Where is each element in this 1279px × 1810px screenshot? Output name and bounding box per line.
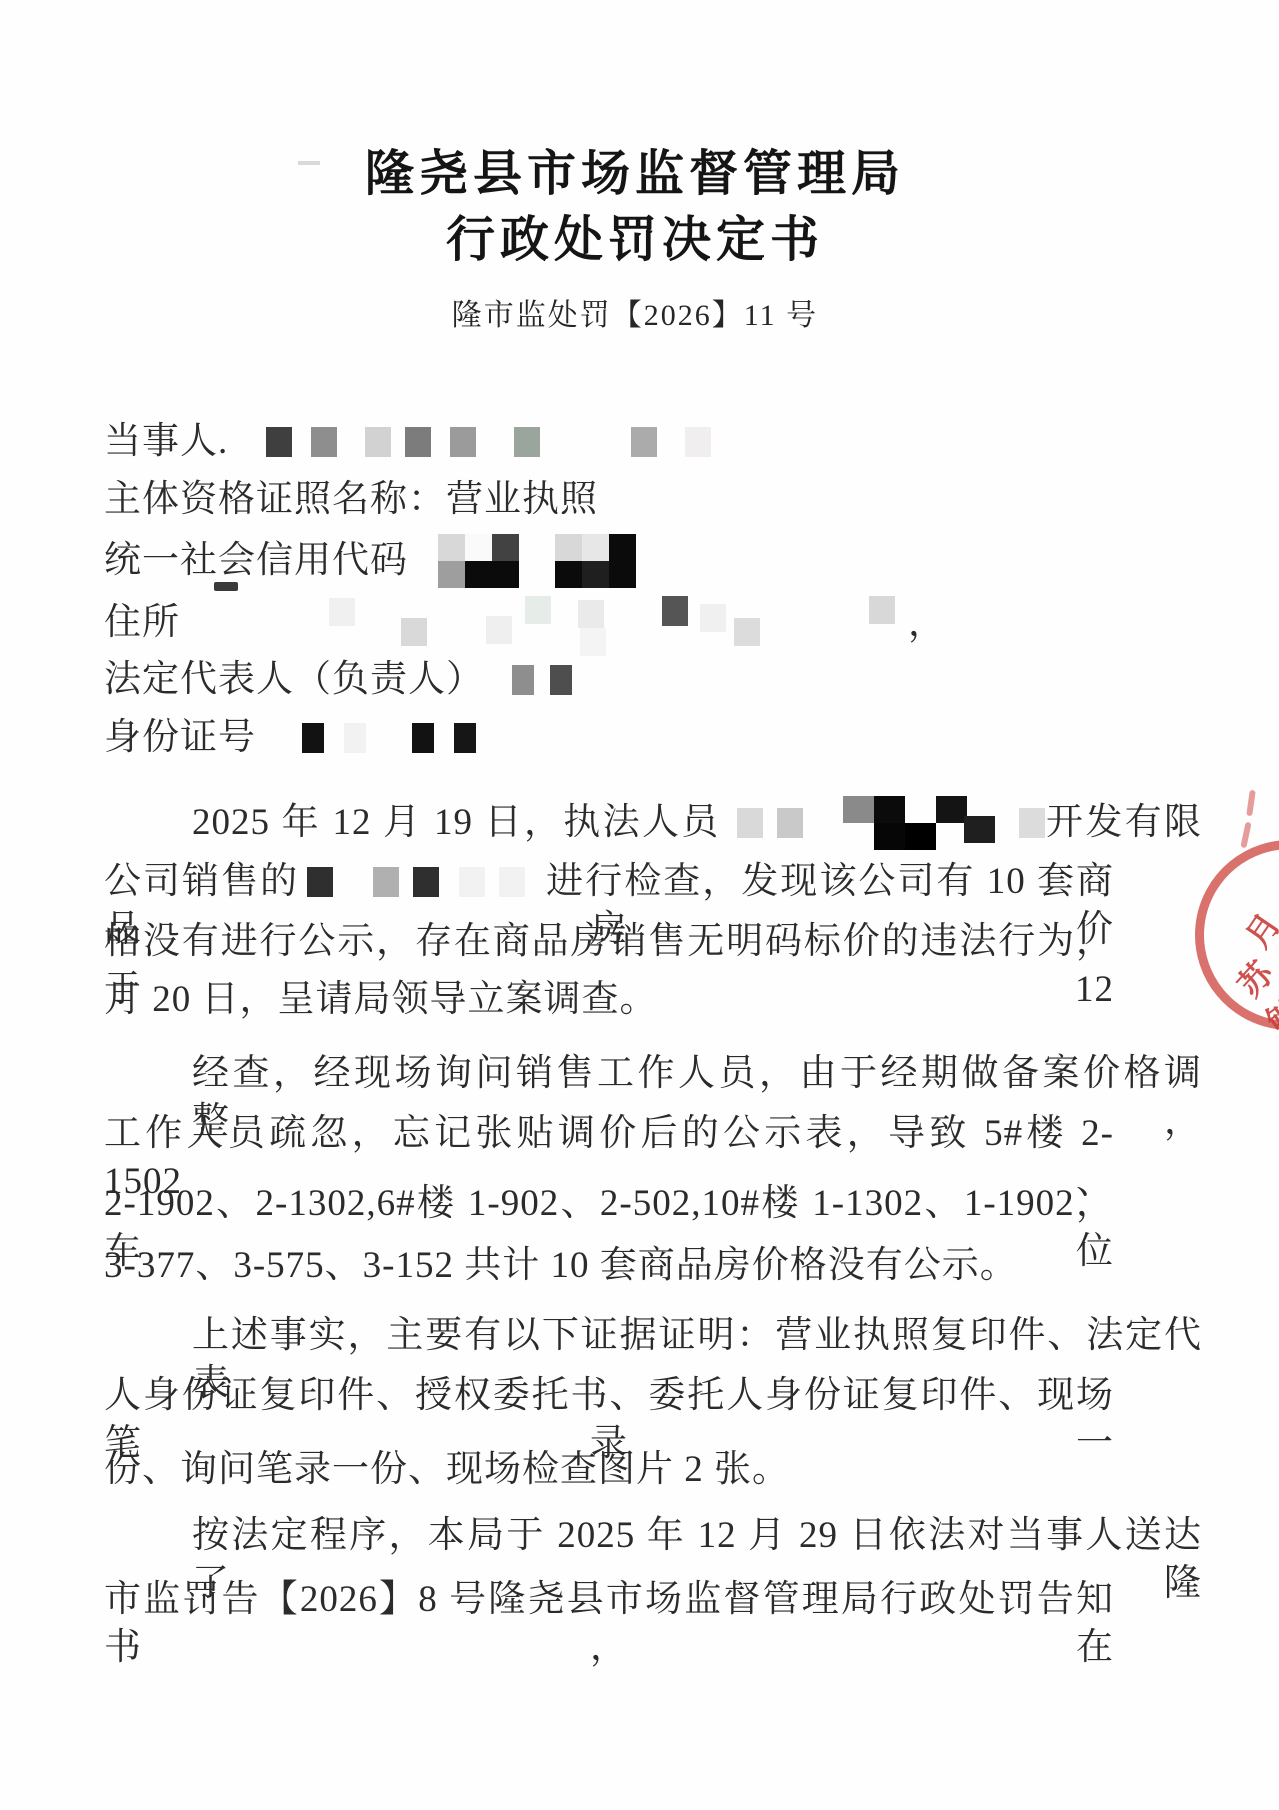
redaction-block — [365, 427, 391, 457]
scan-artifact-dash — [214, 582, 238, 591]
title-text: 行政处罚决定书 — [446, 212, 824, 267]
redaction-block — [311, 427, 337, 457]
penalty-decision-document: 隆尧县市场监督管理局 行政处罚决定书 隆市监处罚【2026】11 号 当事人. … — [0, 0, 1279, 1810]
redaction-block — [486, 616, 512, 644]
redaction-block — [412, 723, 434, 753]
redaction-block — [1019, 808, 1045, 838]
credit-code-row: 统一社会信用代码 — [104, 534, 1114, 588]
body-line-p3-l3: 份、询问笔录一份、现场检查图片 2 张。 — [104, 1446, 1114, 1494]
redaction-block — [631, 427, 657, 457]
address-redaction-cells: ， — [180, 596, 940, 652]
redaction-block — [459, 867, 485, 897]
redaction-block — [373, 867, 399, 897]
license-text: 主体资格证照名称：营业执照 — [104, 479, 598, 520]
license-row: 主体资格证照名称：营业执照 — [104, 476, 1114, 524]
redaction-block — [413, 867, 439, 897]
legal-rep-label: 法定代表人（负责人） — [104, 659, 484, 700]
redaction-block — [307, 867, 333, 897]
body-text: 开发有限 — [1045, 802, 1202, 843]
redaction-block — [525, 596, 551, 624]
credit-code-redaction-mosaic — [555, 534, 636, 588]
redaction-block — [512, 665, 534, 695]
body-text: 份、询问笔录一份、现场检查图片 2 张。 — [104, 1449, 790, 1490]
body-text: 公司销售的 — [104, 861, 299, 902]
redaction-block — [405, 427, 431, 457]
redaction-mosaic-cluster — [843, 796, 995, 852]
redaction-block — [450, 427, 476, 457]
seal-arc-fragment — [1246, 790, 1256, 817]
redaction-block — [580, 628, 606, 656]
body-line-p1-l1: 2025 年 12 月 19 日，执法人员开发有限 — [104, 796, 1202, 852]
body-line-p2-l4: 3-377、3-575、3-152 共计 10 套商品房价格没有公示。 — [104, 1242, 1114, 1290]
body-text: 3-377、3-575、3-152 共计 10 套商品房价格没有公示。 — [104, 1245, 1018, 1286]
document-title-line2: 行政处罚决定书 — [104, 212, 1166, 268]
id-number-row: 身份证号 — [104, 714, 1114, 762]
redaction-block — [869, 596, 895, 624]
legal-rep-row: 法定代表人（负责人） — [104, 656, 1114, 704]
seal-arc-fragment — [1240, 822, 1251, 849]
body-line-p4-l2: 市监罚告【2026】8 号隆尧县市场监督管理局行政处罚告知书，在 — [104, 1576, 1114, 1672]
redaction-block — [550, 665, 572, 695]
redaction-block — [734, 618, 760, 646]
redaction-block — [578, 600, 604, 628]
redaction-block — [700, 604, 726, 632]
document-title-line1: 隆尧县市场监督管理局 — [104, 146, 1166, 202]
credit-code-label: 统一社会信用代码 — [104, 540, 408, 581]
document-number-text: 隆市监处罚【2026】11 号 — [452, 299, 818, 332]
party-label: 当事人. — [104, 421, 228, 462]
address-comma: ， — [908, 600, 946, 648]
credit-code-redaction-mosaic — [438, 534, 519, 588]
seal-glyph: 月 — [1233, 902, 1279, 956]
redaction-block — [329, 598, 355, 626]
redaction-block — [344, 723, 366, 753]
party-row: 当事人. — [104, 418, 1114, 466]
document-number: 隆市监处罚【2026】11 号 — [104, 292, 1166, 340]
body-text: 市监罚告【2026】8 号隆尧县市场监督管理局行政处罚告知书，在 — [104, 1579, 1114, 1668]
redaction-block — [266, 427, 292, 457]
redaction-block — [514, 427, 540, 457]
address-label: 住所 — [104, 602, 180, 643]
body-text: 月 20 日，呈请局领导立案调查。 — [104, 979, 658, 1020]
redaction-block — [401, 618, 427, 646]
body-line-p1-l4: 月 20 日，呈请局领导立案调查。 — [104, 976, 1114, 1024]
redaction-block — [737, 808, 763, 838]
redaction-block — [662, 596, 688, 626]
body-text: 2025 年 12 月 19 日，执法人员 — [192, 802, 721, 843]
redaction-block — [685, 427, 711, 457]
redaction-block — [777, 808, 803, 838]
redaction-block — [302, 723, 324, 753]
id-number-label: 身份证号 — [104, 717, 256, 758]
redaction-block — [499, 867, 525, 897]
address-row: 住所 ， — [104, 596, 1114, 652]
title-text: 隆尧县市场监督管理局 — [365, 146, 905, 201]
redaction-block — [454, 723, 476, 753]
